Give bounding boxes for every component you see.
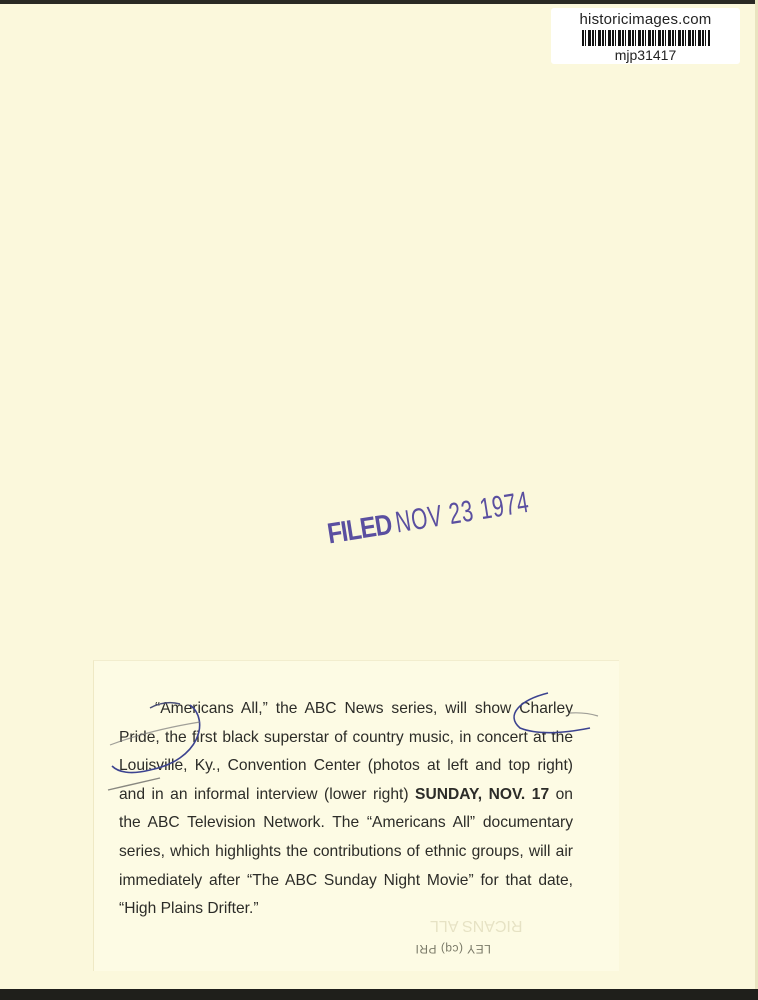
caption-text: “Americans All,” the ABC News series, wi…	[119, 695, 573, 924]
bleed-through-line-1: LEY (cq) PRI	[415, 942, 491, 956]
caption-date-bold: SUNDAY, NOV. 17	[415, 786, 549, 803]
scan-top-border	[0, 0, 758, 4]
barcode-icon	[582, 30, 710, 46]
label-code: mjp31417	[551, 47, 740, 63]
caption-part-2: on the ABC Television Network. The “Amer…	[119, 786, 573, 917]
filed-stamp: FILED NOV 23 1974	[325, 481, 564, 549]
bleed-through-line-2: RICANS ALL	[430, 916, 522, 934]
label-site: historicimages.com	[551, 11, 740, 28]
scan-bottom-border	[0, 989, 758, 1000]
stamp-filed: FILED	[325, 509, 394, 552]
archive-label: historicimages.com mjp31417	[551, 8, 740, 64]
stamp-date: NOV 23 1974	[393, 484, 532, 540]
